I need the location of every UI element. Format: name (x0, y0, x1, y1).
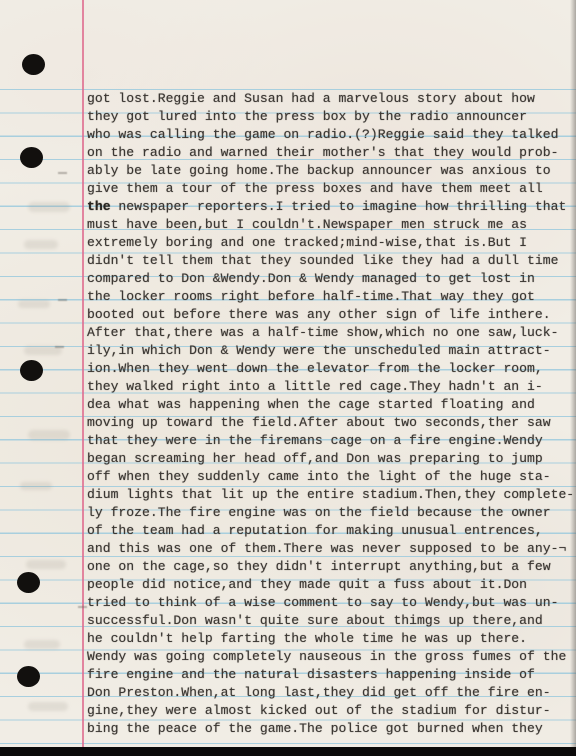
text-line: fire engine and the natural disasters ha… (87, 666, 574, 684)
scanner-bed-strip (0, 747, 576, 756)
text-line: began screaming her head off,and Don was… (87, 450, 574, 468)
text-line: they got lured into the press box by the… (87, 108, 574, 126)
text-line: ion.When they went down the elevator fro… (87, 360, 574, 378)
text-line: people did notice,and they made quit a f… (87, 576, 574, 594)
text-line: who was calling the game on radio.(?)Reg… (87, 126, 574, 144)
text-line: dium lights that lit up the entire stadi… (87, 486, 574, 504)
text-line: compared to Don &Wendy.Don & Wendy manag… (87, 270, 574, 288)
text-line: extremely boring and one tracked;mind-wi… (87, 234, 574, 252)
text-line: the newspaper reporters.I tried to imagi… (87, 198, 574, 216)
text-line: they walked right into a little red cage… (87, 378, 574, 396)
bleed-through-smudge (28, 702, 68, 711)
text-line: of the team had a reputation for making … (87, 522, 574, 540)
text-line: dea what was happening when the cage sta… (87, 396, 574, 414)
text-line: Wendy was going completely nauseous in t… (87, 648, 574, 666)
text-line: moving up toward the field.After about t… (87, 414, 574, 432)
bleed-through-smudge (18, 300, 50, 308)
typewritten-text: got lost.Reggie and Susan had a marvelou… (87, 90, 574, 738)
text-line: must have been,but I couldn't.Newspaper … (87, 216, 574, 234)
page-edge-shadow (570, 0, 576, 747)
text-line: After that,there was a half-time show,wh… (87, 324, 574, 342)
text-line: gine,they were almost kicked out of the … (87, 702, 574, 720)
text-line: successful.Don wasn't quite sure about t… (87, 612, 574, 630)
text-line: and this was one of them.There was never… (87, 540, 574, 558)
red-margin-line (82, 0, 84, 748)
text-line: ly froze.The fire engine was on the fiel… (87, 504, 574, 522)
margin-dash-mark (58, 299, 67, 301)
text-line: that they were in the firemans cage on a… (87, 432, 574, 450)
punched-hole (17, 666, 40, 687)
text-line: Don Preston.When,at long last,they did g… (87, 684, 574, 702)
bleed-through-smudge (28, 430, 70, 440)
bleed-through-smudge (26, 560, 66, 569)
text-line: bing the peace of the game.The police go… (87, 720, 574, 738)
text-line: one on the cage,so they didn't interrupt… (87, 558, 574, 576)
margin-dash-mark (58, 172, 67, 174)
bleed-through-smudge (20, 482, 52, 490)
text-line: tried to think of a wise comment to say … (87, 594, 574, 612)
bleed-through-smudge (24, 240, 58, 249)
scanned-typewritten-page: got lost.Reggie and Susan had a marvelou… (0, 0, 576, 756)
text-line: he couldn't help farting the whole time … (87, 630, 574, 648)
text-line: ably be late going home.The backup annou… (87, 162, 574, 180)
punched-hole (20, 360, 43, 381)
punched-hole (22, 54, 45, 75)
text-line: booted out before there was any other si… (87, 306, 574, 324)
text-line: off when they suddenly came into the lig… (87, 468, 574, 486)
margin-dash-mark (55, 346, 64, 348)
text-line: give them a tour of the press boxes and … (87, 180, 574, 198)
text-line: the locker rooms right before half-time.… (87, 288, 574, 306)
bleed-through-smudge (24, 640, 60, 649)
punched-hole (20, 147, 43, 168)
bleed-through-smudge (28, 202, 70, 212)
text-line: on the radio and warned their mother's t… (87, 144, 574, 162)
text-line: didn't tell them that they sounded like … (87, 252, 574, 270)
margin-dash-mark (78, 606, 87, 608)
text-line: got lost.Reggie and Susan had a marvelou… (87, 90, 574, 108)
text-line: ily,in which Don & Wendy were the unsche… (87, 342, 574, 360)
punched-hole (17, 572, 40, 593)
